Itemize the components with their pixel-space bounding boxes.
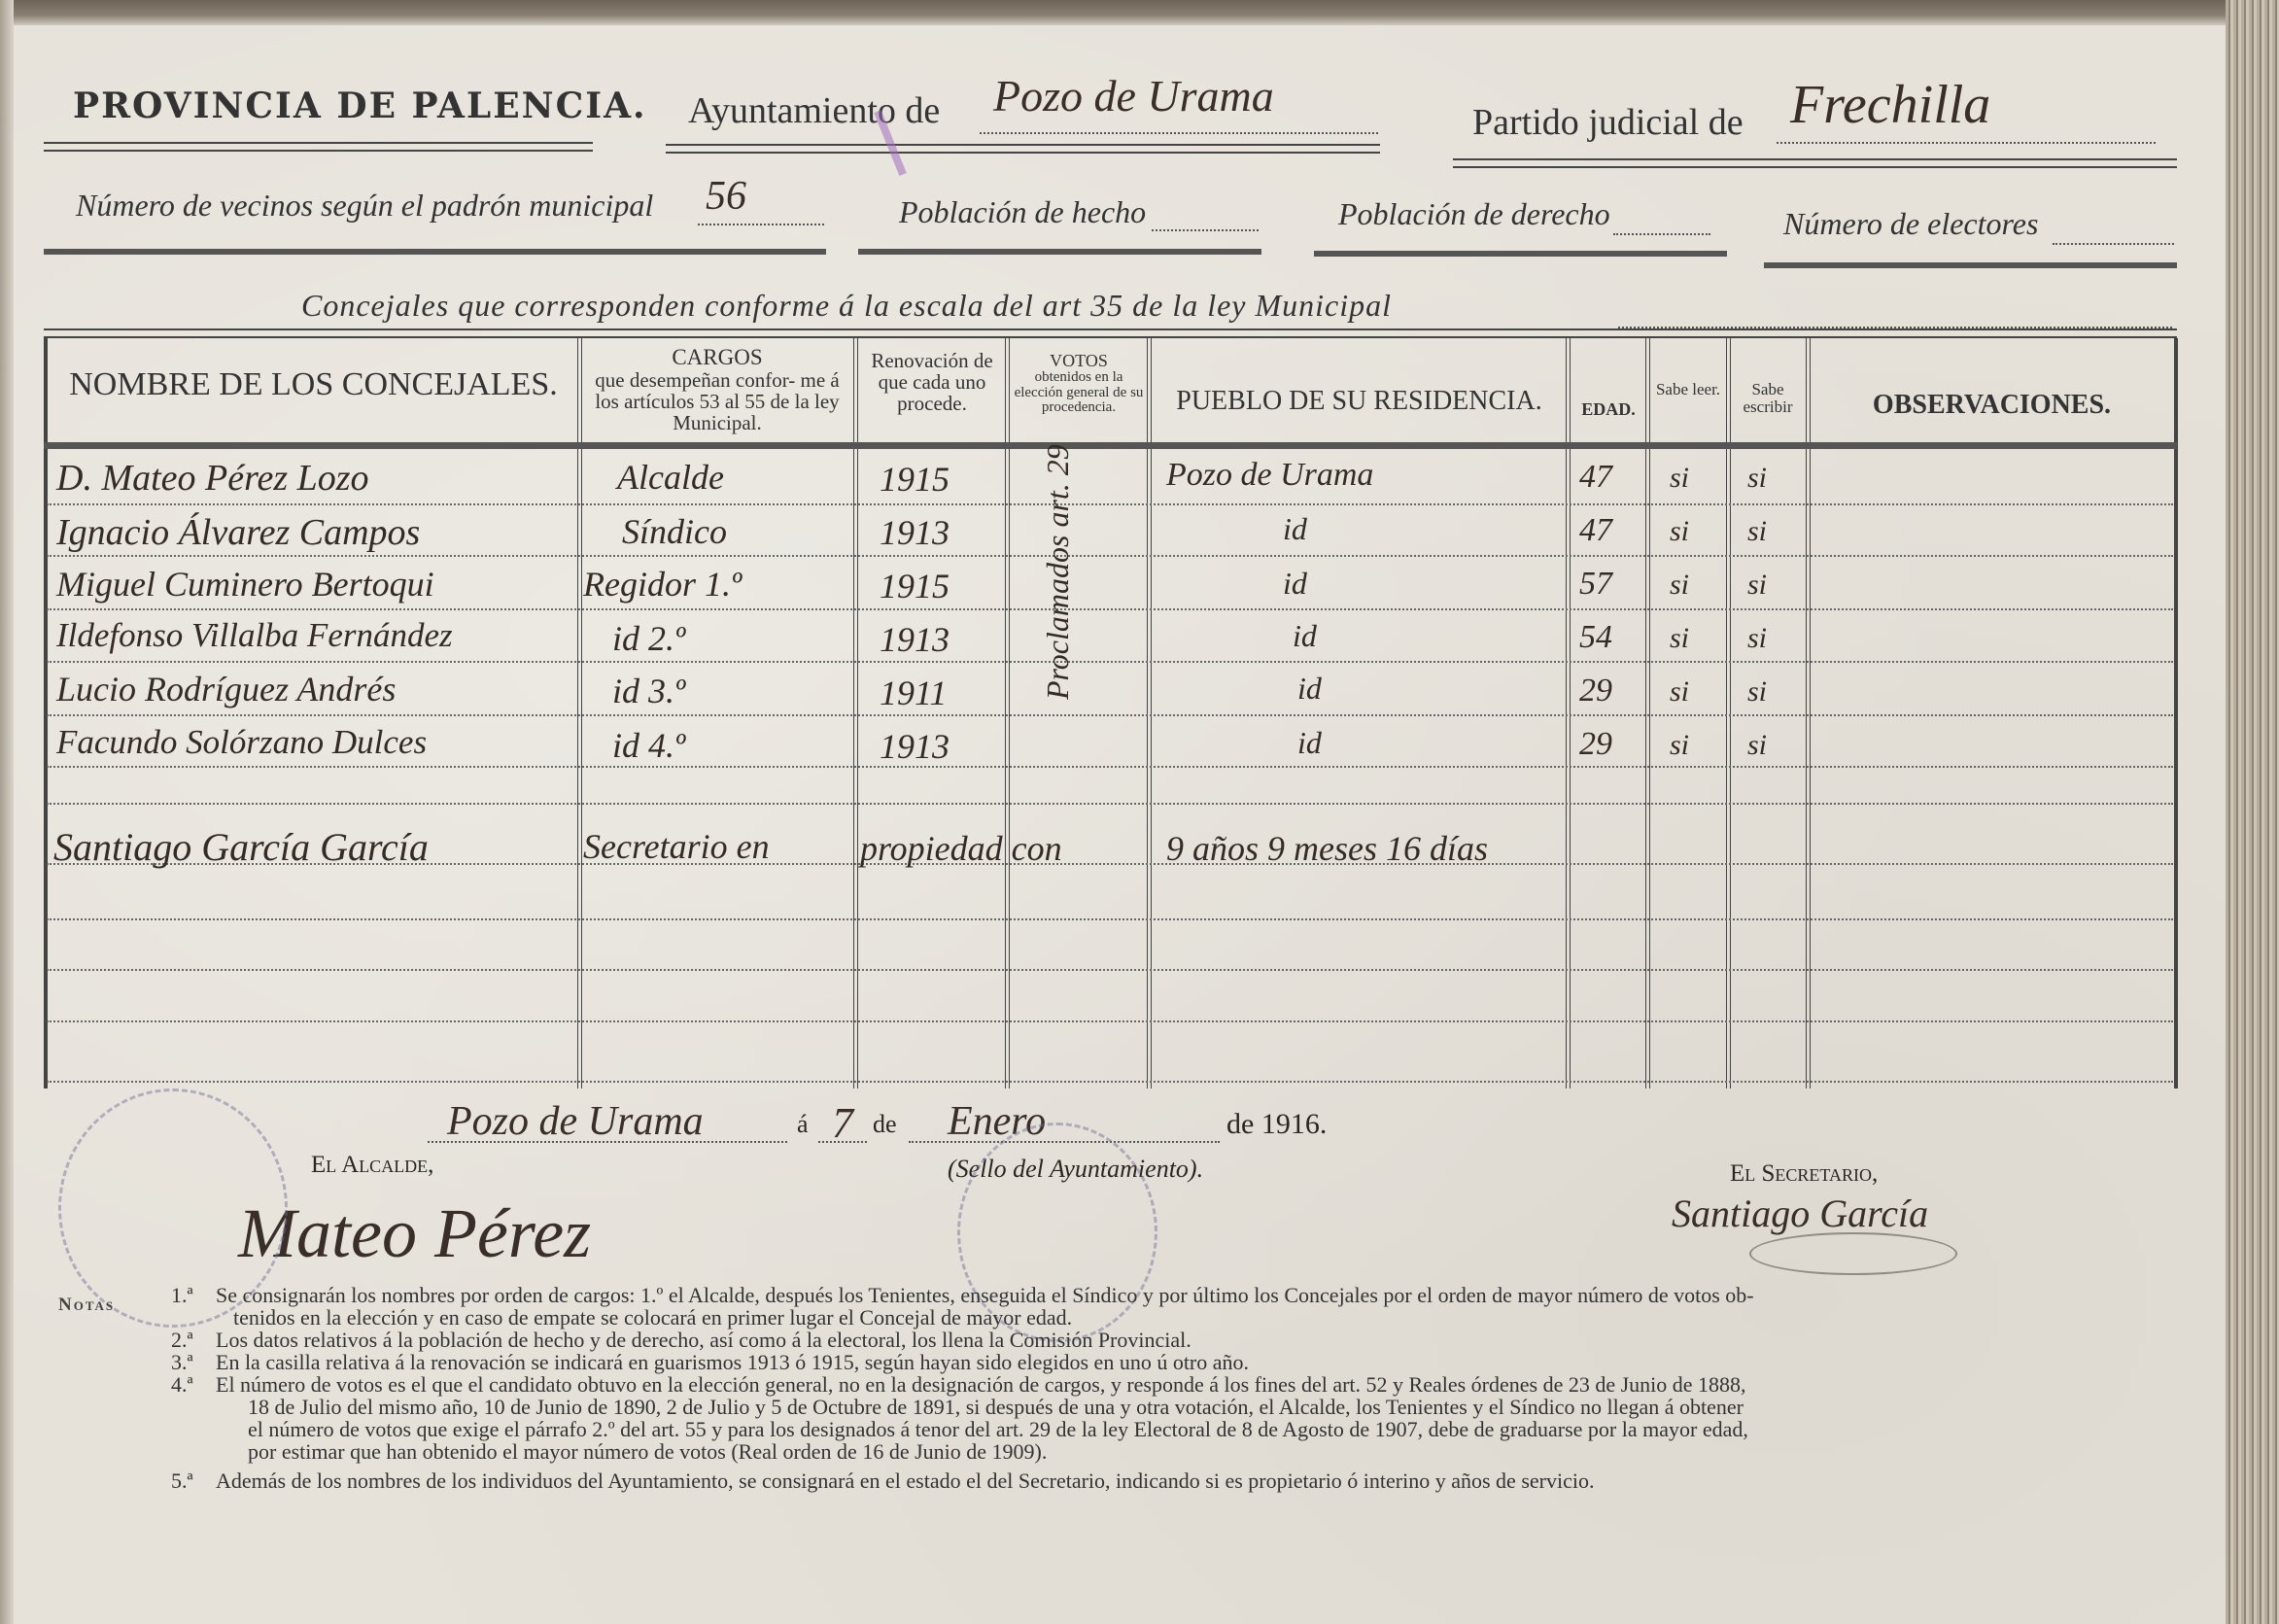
derecho-field — [1613, 198, 1710, 235]
rule-province — [44, 142, 593, 152]
cell-leer: si — [1670, 622, 1689, 655]
cell-cargo: id 2.º — [612, 618, 685, 659]
rule-partido — [1453, 158, 2177, 168]
cell-leer: si — [1670, 462, 1689, 495]
col-sep-1 — [577, 338, 582, 1088]
note-line: Además de los nombres de los individuos … — [216, 1469, 1594, 1494]
date-de: de — [873, 1110, 897, 1139]
cell-renovacion: 1915 — [880, 566, 950, 606]
col-sep-4 — [1147, 338, 1152, 1088]
row-line-11 — [47, 1020, 2173, 1022]
cell-edad: 47 — [1579, 512, 1612, 549]
cell-renovacion: 1913 — [880, 726, 950, 767]
cell-cargo: Alcalde — [617, 457, 724, 498]
concejales-scale-field — [1618, 309, 2172, 328]
row-line-9 — [47, 918, 2173, 920]
votos-vertical-note: Proclamados art. 29 — [1040, 444, 1076, 700]
page-left-edge — [0, 0, 14, 1624]
book-page-stack — [2226, 0, 2279, 1624]
note-number: 1.ª — [171, 1283, 193, 1308]
col-sep-5 — [1566, 338, 1571, 1088]
cell-pueblo: Pozo de Urama — [1166, 457, 1373, 494]
date-year: de 1916. — [1226, 1108, 1327, 1141]
cell-renovacion: 1915 — [880, 459, 950, 500]
notes-label: Notas — [58, 1295, 115, 1316]
cell-renovacion: 1913 — [880, 512, 950, 553]
page-top-edge — [0, 0, 2235, 25]
header-cargos-title: CARGOS — [581, 346, 853, 369]
row-line-7 — [47, 803, 2173, 805]
cell-secretary-servicio: 9 años 9 meses 16 días — [1166, 828, 1488, 869]
cell-renovacion: 1911 — [880, 673, 947, 713]
col-sep-8 — [1806, 338, 1811, 1088]
partido-field: Frechilla — [1777, 74, 2156, 144]
place-field: Pozo de Urama — [428, 1098, 787, 1143]
cell-pueblo: id — [1283, 511, 1307, 547]
rule-derecho — [1314, 251, 1727, 257]
row-line-4 — [47, 661, 2173, 663]
row-line-12 — [47, 1081, 2173, 1083]
electores-field — [2053, 208, 2174, 245]
cell-nombre: Ildefonso Villalba Fernández — [56, 616, 453, 655]
row-line-10 — [47, 969, 2173, 971]
row-line-3 — [47, 608, 2173, 610]
cell-leer: si — [1670, 729, 1689, 762]
cell-edad: 57 — [1579, 566, 1612, 603]
cell-leer: si — [1670, 569, 1689, 602]
note-number: 5.ª — [171, 1469, 193, 1494]
cell-nombre: Facundo Solórzano Dulces — [56, 723, 427, 762]
vecinos-value: 56 — [698, 174, 746, 219]
row-line-5 — [47, 714, 2173, 716]
cell-pueblo: id — [1297, 725, 1322, 761]
ayuntamiento-field: Pozo de Urama — [980, 70, 1378, 134]
alcalde-signature: Mateo Pérez — [238, 1193, 591, 1274]
cell-cargo: id 3.º — [612, 671, 685, 711]
vecinos-label: Número de vecinos según el padrón munici… — [76, 188, 653, 224]
cell-escribir: si — [1747, 515, 1767, 548]
cell-escribir: si — [1747, 675, 1767, 708]
rule-hecho — [858, 249, 1261, 255]
cell-edad: 29 — [1579, 673, 1612, 709]
province-title: PROVINCIA DE PALENCIA. — [73, 86, 647, 126]
rule-concejales — [44, 328, 2177, 338]
col-sep-6 — [1645, 338, 1650, 1088]
document-page: PROVINCIA DE PALENCIA. Ayuntamiento de P… — [0, 0, 2235, 1624]
vecinos-field: 56 — [698, 173, 824, 225]
col-sep-7 — [1726, 338, 1731, 1088]
cell-cargo: id 4.º — [612, 725, 685, 766]
alcalde-label: El Alcalde, — [311, 1152, 433, 1179]
note-number: 4.ª — [171, 1372, 193, 1398]
header-leer: Sabe leer. — [1650, 381, 1726, 398]
header-votos-title: VOTOS — [1011, 352, 1147, 370]
cell-leer: si — [1670, 515, 1689, 548]
cell-secretary-cargo: Secretario en — [583, 826, 770, 867]
header-pueblo: PUEBLO DE SU RESIDENCIA. — [1153, 387, 1566, 415]
cell-secretary-renovacion: propiedad con — [860, 828, 1062, 869]
col-sep-3 — [1005, 338, 1010, 1088]
cell-edad: 47 — [1579, 459, 1612, 496]
cell-nombre: D. Mateo Pérez Lozo — [56, 457, 369, 500]
cell-cargo: Síndico — [622, 511, 727, 552]
cell-escribir: si — [1747, 569, 1767, 602]
row-line-2 — [47, 555, 2173, 557]
cell-leer: si — [1670, 675, 1689, 708]
header-cargos-sub: que desempeñan confor- me á los artículo… — [581, 369, 853, 433]
cell-edad: 54 — [1579, 619, 1612, 656]
cell-pueblo: id — [1297, 671, 1322, 707]
secretario-rubric-icon — [1749, 1232, 1957, 1275]
date-a: á — [797, 1110, 809, 1139]
day-field: 7 — [818, 1098, 867, 1143]
note-line: por estimar que han obtenido el mayor nú… — [248, 1439, 1047, 1465]
table-border-right — [2174, 338, 2178, 1088]
cell-renovacion: 1913 — [880, 619, 950, 660]
header-nombre: NOMBRE DE LOS CONCEJALES. — [49, 367, 578, 402]
col-sep-2 — [853, 338, 858, 1088]
cell-escribir: si — [1747, 462, 1767, 495]
cell-escribir: si — [1747, 729, 1767, 762]
partido-value: Frechilla — [1777, 75, 1990, 135]
concejales-scale-line: Concejales que corresponden conforme á l… — [301, 288, 1392, 324]
ayuntamiento-label: Ayuntamiento de — [688, 89, 940, 132]
secretario-signature: Santiago García — [1672, 1191, 1928, 1236]
derecho-label: Población de derecho — [1338, 196, 1610, 232]
header-edad: EDAD. — [1571, 400, 1646, 419]
electores-label: Número de electores — [1783, 206, 2038, 242]
hecho-label: Población de hecho — [899, 194, 1146, 230]
secretario-label: El Secretario, — [1730, 1160, 1878, 1188]
rule-ayuntamiento — [666, 144, 1380, 154]
row-line-6 — [47, 766, 2173, 768]
cell-secretary-nombre: Santiago García García — [53, 824, 429, 870]
cell-pueblo: id — [1283, 566, 1307, 602]
header-rule — [44, 442, 2177, 449]
header-renovacion: Renovación de que cada uno procede. — [859, 350, 1005, 414]
rule-vecinos — [44, 249, 826, 255]
header-cargos: CARGOS que desempeñan confor- me á los a… — [581, 346, 853, 433]
cell-nombre: Ignacio Álvarez Campos — [56, 511, 420, 554]
row-line-1 — [47, 503, 2173, 505]
header-escribir: Sabe escribir — [1730, 381, 1806, 416]
cell-nombre: Lucio Rodríguez Andrés — [56, 669, 396, 709]
ayuntamiento-value: Pozo de Urama — [980, 71, 1274, 121]
cell-edad: 29 — [1579, 726, 1612, 763]
cell-cargo: Regidor 1.º — [583, 564, 742, 605]
header-votos-sub: obtenidos en la elección general de su p… — [1011, 370, 1147, 416]
header-observaciones: OBSERVACIONES. — [1810, 391, 2174, 419]
table-border-left — [44, 338, 48, 1088]
place-value: Pozo de Urama — [428, 1099, 704, 1144]
cell-pueblo: id — [1293, 618, 1317, 654]
day-value: 7 — [832, 1099, 853, 1147]
cell-nombre: Miguel Cuminero Bertoqui — [56, 564, 434, 605]
cell-escribir: si — [1747, 622, 1767, 655]
partido-label: Partido judicial de — [1472, 101, 1744, 144]
header-votos: VOTOS obtenidos en la elección general d… — [1011, 352, 1147, 416]
rule-electores — [1764, 262, 2177, 268]
hecho-field — [1152, 194, 1259, 231]
